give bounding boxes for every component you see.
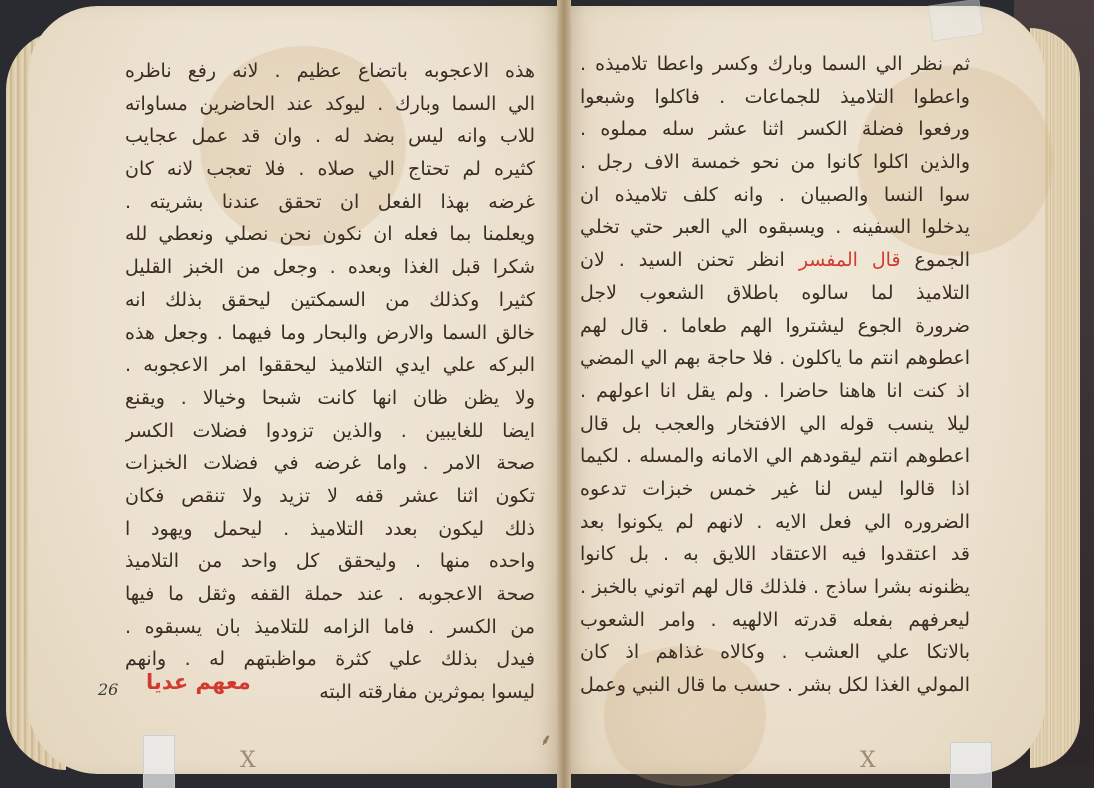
left-page-text: هذه الاعجوبه باتضاع عظيم . لانه رفع ناظر…	[125, 55, 535, 709]
manuscript-line: من الكسر . فاما الزامه للتلاميذ بان يسبق…	[125, 611, 535, 644]
manuscript-line: للاب وانه ليس بضد له . وان قد عمل عجايب	[125, 120, 535, 153]
manuscript-line: ايضا للغايبين . والذين تزودوا فضلات الكس…	[125, 415, 535, 448]
manuscript-line: الضروره الي فعل الايه . لانهم لم يكونوا …	[580, 506, 970, 539]
book-gutter	[557, 0, 571, 788]
manuscript-line: يدخلوا السفينه . ويسبقوه الي العبر حتي ت…	[580, 211, 970, 244]
manuscript-line: ورفعوا فضلة الكسر اثنا عشر سله مملوه .	[580, 113, 970, 146]
manuscript-line: واعطوا التلاميذ للجماعات . فاكلوا وشبعوا	[580, 81, 970, 114]
manuscript-line: الي السما وبارك . ليوكد عند الحاضرين مسا…	[125, 88, 535, 121]
manuscript-line: هذه الاعجوبه باتضاع عظيم . لانه رفع ناظر…	[125, 55, 535, 88]
pencil-mark-right: X	[860, 748, 876, 773]
manuscript-line: ليعرفهم بفعله قدرته الالهيه . وامر الشعو…	[580, 604, 970, 637]
manuscript-line: واحده منها . وليحقق كل واحد من التلاميذ	[125, 545, 535, 578]
manuscript-line: اذ كنت انا هاهنا حاضرا . ولم يقل انا اعو…	[580, 375, 970, 408]
manuscript-line: ولا يظن ظان انها كانت شبحا وخيالا . ويقن…	[125, 382, 535, 415]
page-clip-right	[950, 742, 992, 788]
line-text-end: انظر تحنن السيد . لان	[580, 249, 799, 271]
manuscript-line: والذين اكلوا كانوا من نحو خمسة الاف رجل …	[580, 146, 970, 179]
manuscript-line: سوا النسا والصبيان . وانه كلف تلاميذه ان	[580, 179, 970, 212]
manuscript-line: خالق السما والارض والبحار وما فيهما . وج…	[125, 317, 535, 350]
manuscript-line: غرضه بهذا الفعل ان تحقق عندنا بشريته .	[125, 186, 535, 219]
rubric-catchword: معهم عديا	[146, 670, 251, 694]
page-clip-left	[143, 735, 175, 788]
manuscript-line: بالاتكا علي العشب . وكالاه غذاهم اذ كان	[580, 636, 970, 669]
manuscript-line: اذا قالوا ليس لنا غير خمس خبزات تدعوه	[580, 473, 970, 506]
manuscript-line: ثم نظر الي السما وبارك وكسر واعطا تلاميذ…	[580, 48, 970, 81]
manuscript-line: اعطوهم انتم ليقودهم الي الامانه والمسله …	[580, 440, 970, 473]
rubric-phrase: قال المفسر	[799, 249, 901, 271]
manuscript-line: صحة الاعجوبه . عند حملة القفه وثقل ما في…	[125, 578, 535, 611]
manuscript-line: صحة الامر . واما غرضه في فضلات الخبزات	[125, 447, 535, 480]
right-page-text: ثم نظر الي السما وبارك وكسر واعطا تلاميذ…	[580, 48, 970, 702]
manuscript-line: البركه علي ايدي التلاميذ ليحققوا امر الا…	[125, 349, 535, 382]
manuscript-line: التلاميذ لما سالوه باطلاق الشعوب لاجل	[580, 277, 970, 310]
manuscript-line: قد اعتقدوا فيه الاعتقاد اللايق به . بل ك…	[580, 538, 970, 571]
folio-number: 26	[98, 680, 118, 699]
manuscript-scene: هذه الاعجوبه باتضاع عظيم . لانه رفع ناظر…	[0, 0, 1094, 788]
page-clip-top	[928, 0, 985, 41]
manuscript-line: كثيره لم تحتاج الي صلاه . فلا تعجب لانه …	[125, 153, 535, 186]
manuscript-line: شكرا قبل الغذا وبعده . وجعل من الخبز الق…	[125, 251, 535, 284]
manuscript-line: ضرورة الجوع ليشتروا الهم طعاما . قال لهم	[580, 310, 970, 343]
line-text-start: الجموع	[901, 249, 970, 271]
pencil-mark-left: X	[240, 748, 256, 773]
manuscript-line: الجموع قال المفسر انظر تحنن السيد . لان	[580, 244, 970, 277]
manuscript-line: المولي الغذا لكل بشر . حسب ما قال النبي …	[580, 669, 970, 702]
manuscript-line: ويعلمنا بما فعله ان نكون نحن نصلي ونعطي …	[125, 218, 535, 251]
sewing-thread: ⸙	[540, 728, 552, 750]
manuscript-line: ذلك ليكون بعدد التلاميذ . ليحمل ويهود ا	[125, 513, 535, 546]
manuscript-line: يظنونه بشرا ساذج . فلذلك قال لهم اتوني ب…	[580, 571, 970, 604]
manuscript-line: اعطوهم انتم ما ياكلون . فلا حاجة بهم الي…	[580, 342, 970, 375]
manuscript-line: كثيرا وكذلك من السمكتين ليحقق بذلك انه	[125, 284, 535, 317]
manuscript-line: تكون اثنا عشر قفه لا تزيد ولا تنقص فكان	[125, 480, 535, 513]
manuscript-line: ليلا ينسب قوله الي الافتخار والعجب بل قا…	[580, 408, 970, 441]
